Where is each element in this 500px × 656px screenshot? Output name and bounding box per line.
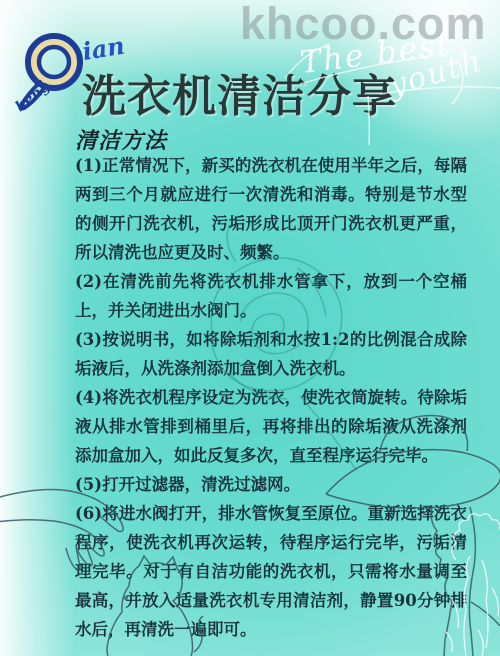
poster-page: khcoo.com The best youth ian heng 洗衣机清洁分… — [0, 0, 500, 656]
page-title: 洗衣机清洁分享 — [82, 60, 397, 124]
instruction-step-3: (3)按说明书，如将除垢剂和水按1:2的比例混合成除垢液后，从洗涤剂添加盒倒入洗… — [75, 325, 467, 383]
logo-tail-text: heng — [14, 78, 53, 115]
instruction-step-6: (6)将进水阀打开，排水管恢复至原位。重新选择洗衣程序，使洗衣机再次运转，待程序… — [75, 499, 467, 644]
instruction-list: (1)正常情况下，新买的洗衣机在使用半年之后，每隔两到三个月就应进行一次清洗和消… — [75, 151, 467, 644]
instruction-step-1: (1)正常情况下，新买的洗衣机在使用半年之后，每隔两到三个月就应进行一次清洗和消… — [75, 151, 467, 267]
instruction-step-2: (2)在清洗前先将洗衣机排水管拿下，放到一个空桶上，并关闭进出水阀门。 — [75, 267, 467, 325]
instruction-step-4: (4)将洗衣机程序设定为洗衣，使洗衣筒旋转。待除垢液从排水管排到桶里后，再将排出… — [75, 383, 467, 470]
instruction-step-5: (5)打开过滤器，清洗过滤网。 — [75, 470, 467, 499]
